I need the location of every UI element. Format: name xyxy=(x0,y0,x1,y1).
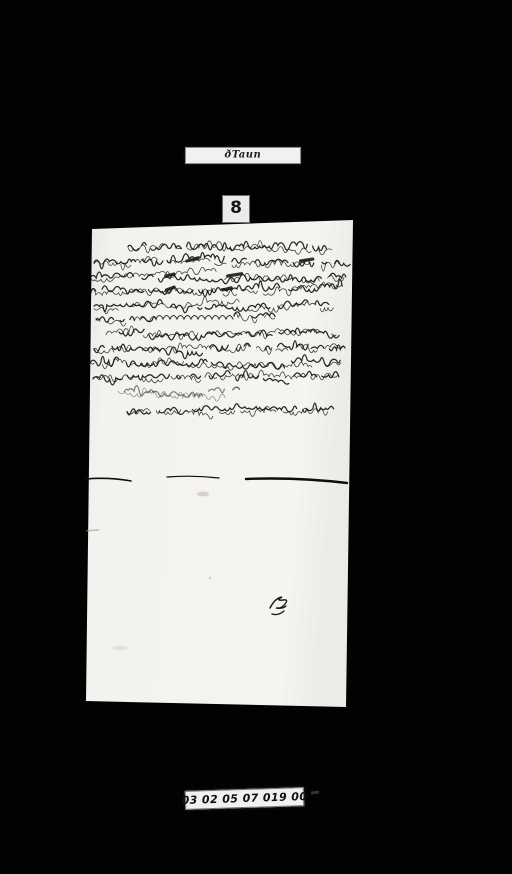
paper-sheet xyxy=(86,220,353,707)
scanned-document-viewport: ðTaun 8 03 02 05 07 xyxy=(0,0,512,874)
manuscript-page-scan xyxy=(0,0,512,874)
reference-code-text: 03 02 05 07 019 00 xyxy=(181,790,307,807)
reference-code-sticker: 03 02 05 07 019 00 xyxy=(185,787,305,810)
